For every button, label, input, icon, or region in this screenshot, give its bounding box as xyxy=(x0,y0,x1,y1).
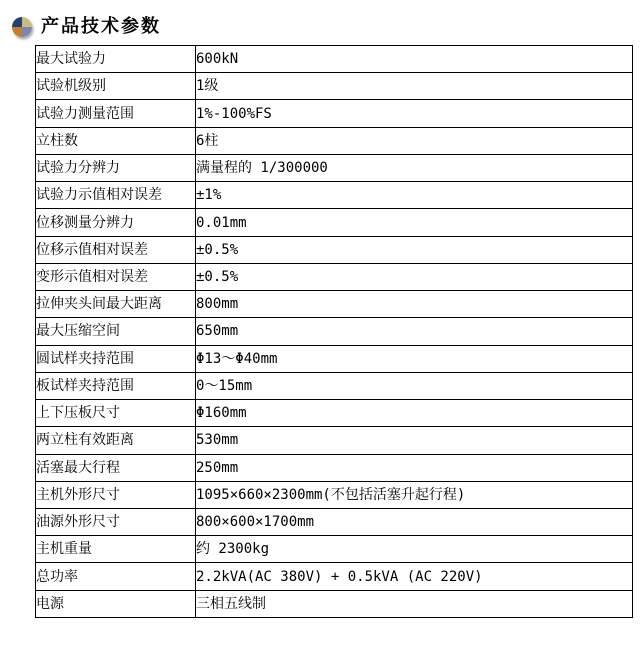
table-row: 立柱数 6柱 xyxy=(36,127,633,154)
spec-value: 1级 xyxy=(196,73,633,100)
spec-label: 位移示值相对误差 xyxy=(36,236,196,263)
spec-label: 试验力示值相对误差 xyxy=(36,182,196,209)
spec-value: 800×600×1700mm xyxy=(196,508,633,535)
spec-label: 主机重量 xyxy=(36,536,196,563)
spec-value: Φ160mm xyxy=(196,400,633,427)
table-row: 试验力分辨力 满量程的 1/300000 xyxy=(36,154,633,181)
spec-value: 1%-100%FS xyxy=(196,100,633,127)
spec-label: 位移测量分辨力 xyxy=(36,209,196,236)
spec-label: 上下压板尺寸 xyxy=(36,400,196,427)
spec-value: 250mm xyxy=(196,454,633,481)
table-row: 最大试验力 600kN xyxy=(36,46,633,73)
spec-value: 0～15mm xyxy=(196,372,633,399)
page-title: 产品技术参数 xyxy=(41,16,161,38)
spec-value: 0.01mm xyxy=(196,209,633,236)
table-row: 板试样夹持范围 0～15mm xyxy=(36,372,633,399)
table-row: 试验力测量范围 1%-100%FS xyxy=(36,100,633,127)
spec-value: 600kN xyxy=(196,46,633,73)
spec-value: 2.2kVA(AC 380V) + 0.5kVA (AC 220V) xyxy=(196,563,633,590)
spec-label: 油源外形尺寸 xyxy=(36,508,196,535)
pie-sphere-icon xyxy=(12,17,32,37)
spec-label: 活塞最大行程 xyxy=(36,454,196,481)
spec-label: 两立柱有效距离 xyxy=(36,427,196,454)
table-row: 两立柱有效距离 530mm xyxy=(36,427,633,454)
spec-table: 最大试验力 600kN 试验机级别 1级 试验力测量范围 1%-100%FS 立… xyxy=(35,45,633,618)
table-row: 油源外形尺寸 800×600×1700mm xyxy=(36,508,633,535)
table-row: 主机外形尺寸 1095×660×2300mm(不包括活塞升起行程) xyxy=(36,481,633,508)
table-row: 试验机级别 1级 xyxy=(36,73,633,100)
table-row: 主机重量 约 2300kg xyxy=(36,536,633,563)
spec-label: 总功率 xyxy=(36,563,196,590)
table-row: 圆试样夹持范围 Φ13～Φ40mm xyxy=(36,345,633,372)
spec-label: 最大试验力 xyxy=(36,46,196,73)
spec-label: 试验力测量范围 xyxy=(36,100,196,127)
spec-value: 530mm xyxy=(196,427,633,454)
spec-label: 电源 xyxy=(36,590,196,617)
spec-value: 1095×660×2300mm(不包括活塞升起行程) xyxy=(196,481,633,508)
spec-value: ±0.5% xyxy=(196,236,633,263)
spec-label: 板试样夹持范围 xyxy=(36,372,196,399)
table-row: 上下压板尺寸 Φ160mm xyxy=(36,400,633,427)
product-spec-page: 产品技术参数 最大试验力 600kN 试验机级别 1级 试验力测量范围 1%-1… xyxy=(0,0,643,650)
page-header: 产品技术参数 xyxy=(0,0,643,45)
table-row: 电源 三相五线制 xyxy=(36,590,633,617)
table-row: 最大压缩空间 650mm xyxy=(36,318,633,345)
spec-value: 三相五线制 xyxy=(196,590,633,617)
spec-label: 试验力分辨力 xyxy=(36,154,196,181)
spec-label: 试验机级别 xyxy=(36,73,196,100)
spec-label: 立柱数 xyxy=(36,127,196,154)
table-row: 总功率 2.2kVA(AC 380V) + 0.5kVA (AC 220V) xyxy=(36,563,633,590)
table-row: 位移示值相对误差 ±0.5% xyxy=(36,236,633,263)
table-row: 变形示值相对误差 ±0.5% xyxy=(36,263,633,290)
spec-value: 800mm xyxy=(196,291,633,318)
spec-label: 最大压缩空间 xyxy=(36,318,196,345)
spec-value: ±0.5% xyxy=(196,263,633,290)
spec-label: 变形示值相对误差 xyxy=(36,263,196,290)
spec-value: Φ13～Φ40mm xyxy=(196,345,633,372)
spec-label: 圆试样夹持范围 xyxy=(36,345,196,372)
spec-label: 主机外形尺寸 xyxy=(36,481,196,508)
table-row: 试验力示值相对误差 ±1% xyxy=(36,182,633,209)
spec-value: 约 2300kg xyxy=(196,536,633,563)
table-row: 位移测量分辨力 0.01mm xyxy=(36,209,633,236)
spec-value: ±1% xyxy=(196,182,633,209)
spec-value: 650mm xyxy=(196,318,633,345)
table-row: 活塞最大行程 250mm xyxy=(36,454,633,481)
spec-value: 6柱 xyxy=(196,127,633,154)
spec-value: 满量程的 1/300000 xyxy=(196,154,633,181)
spec-label: 拉伸夹头间最大距离 xyxy=(36,291,196,318)
table-row: 拉伸夹头间最大距离 800mm xyxy=(36,291,633,318)
